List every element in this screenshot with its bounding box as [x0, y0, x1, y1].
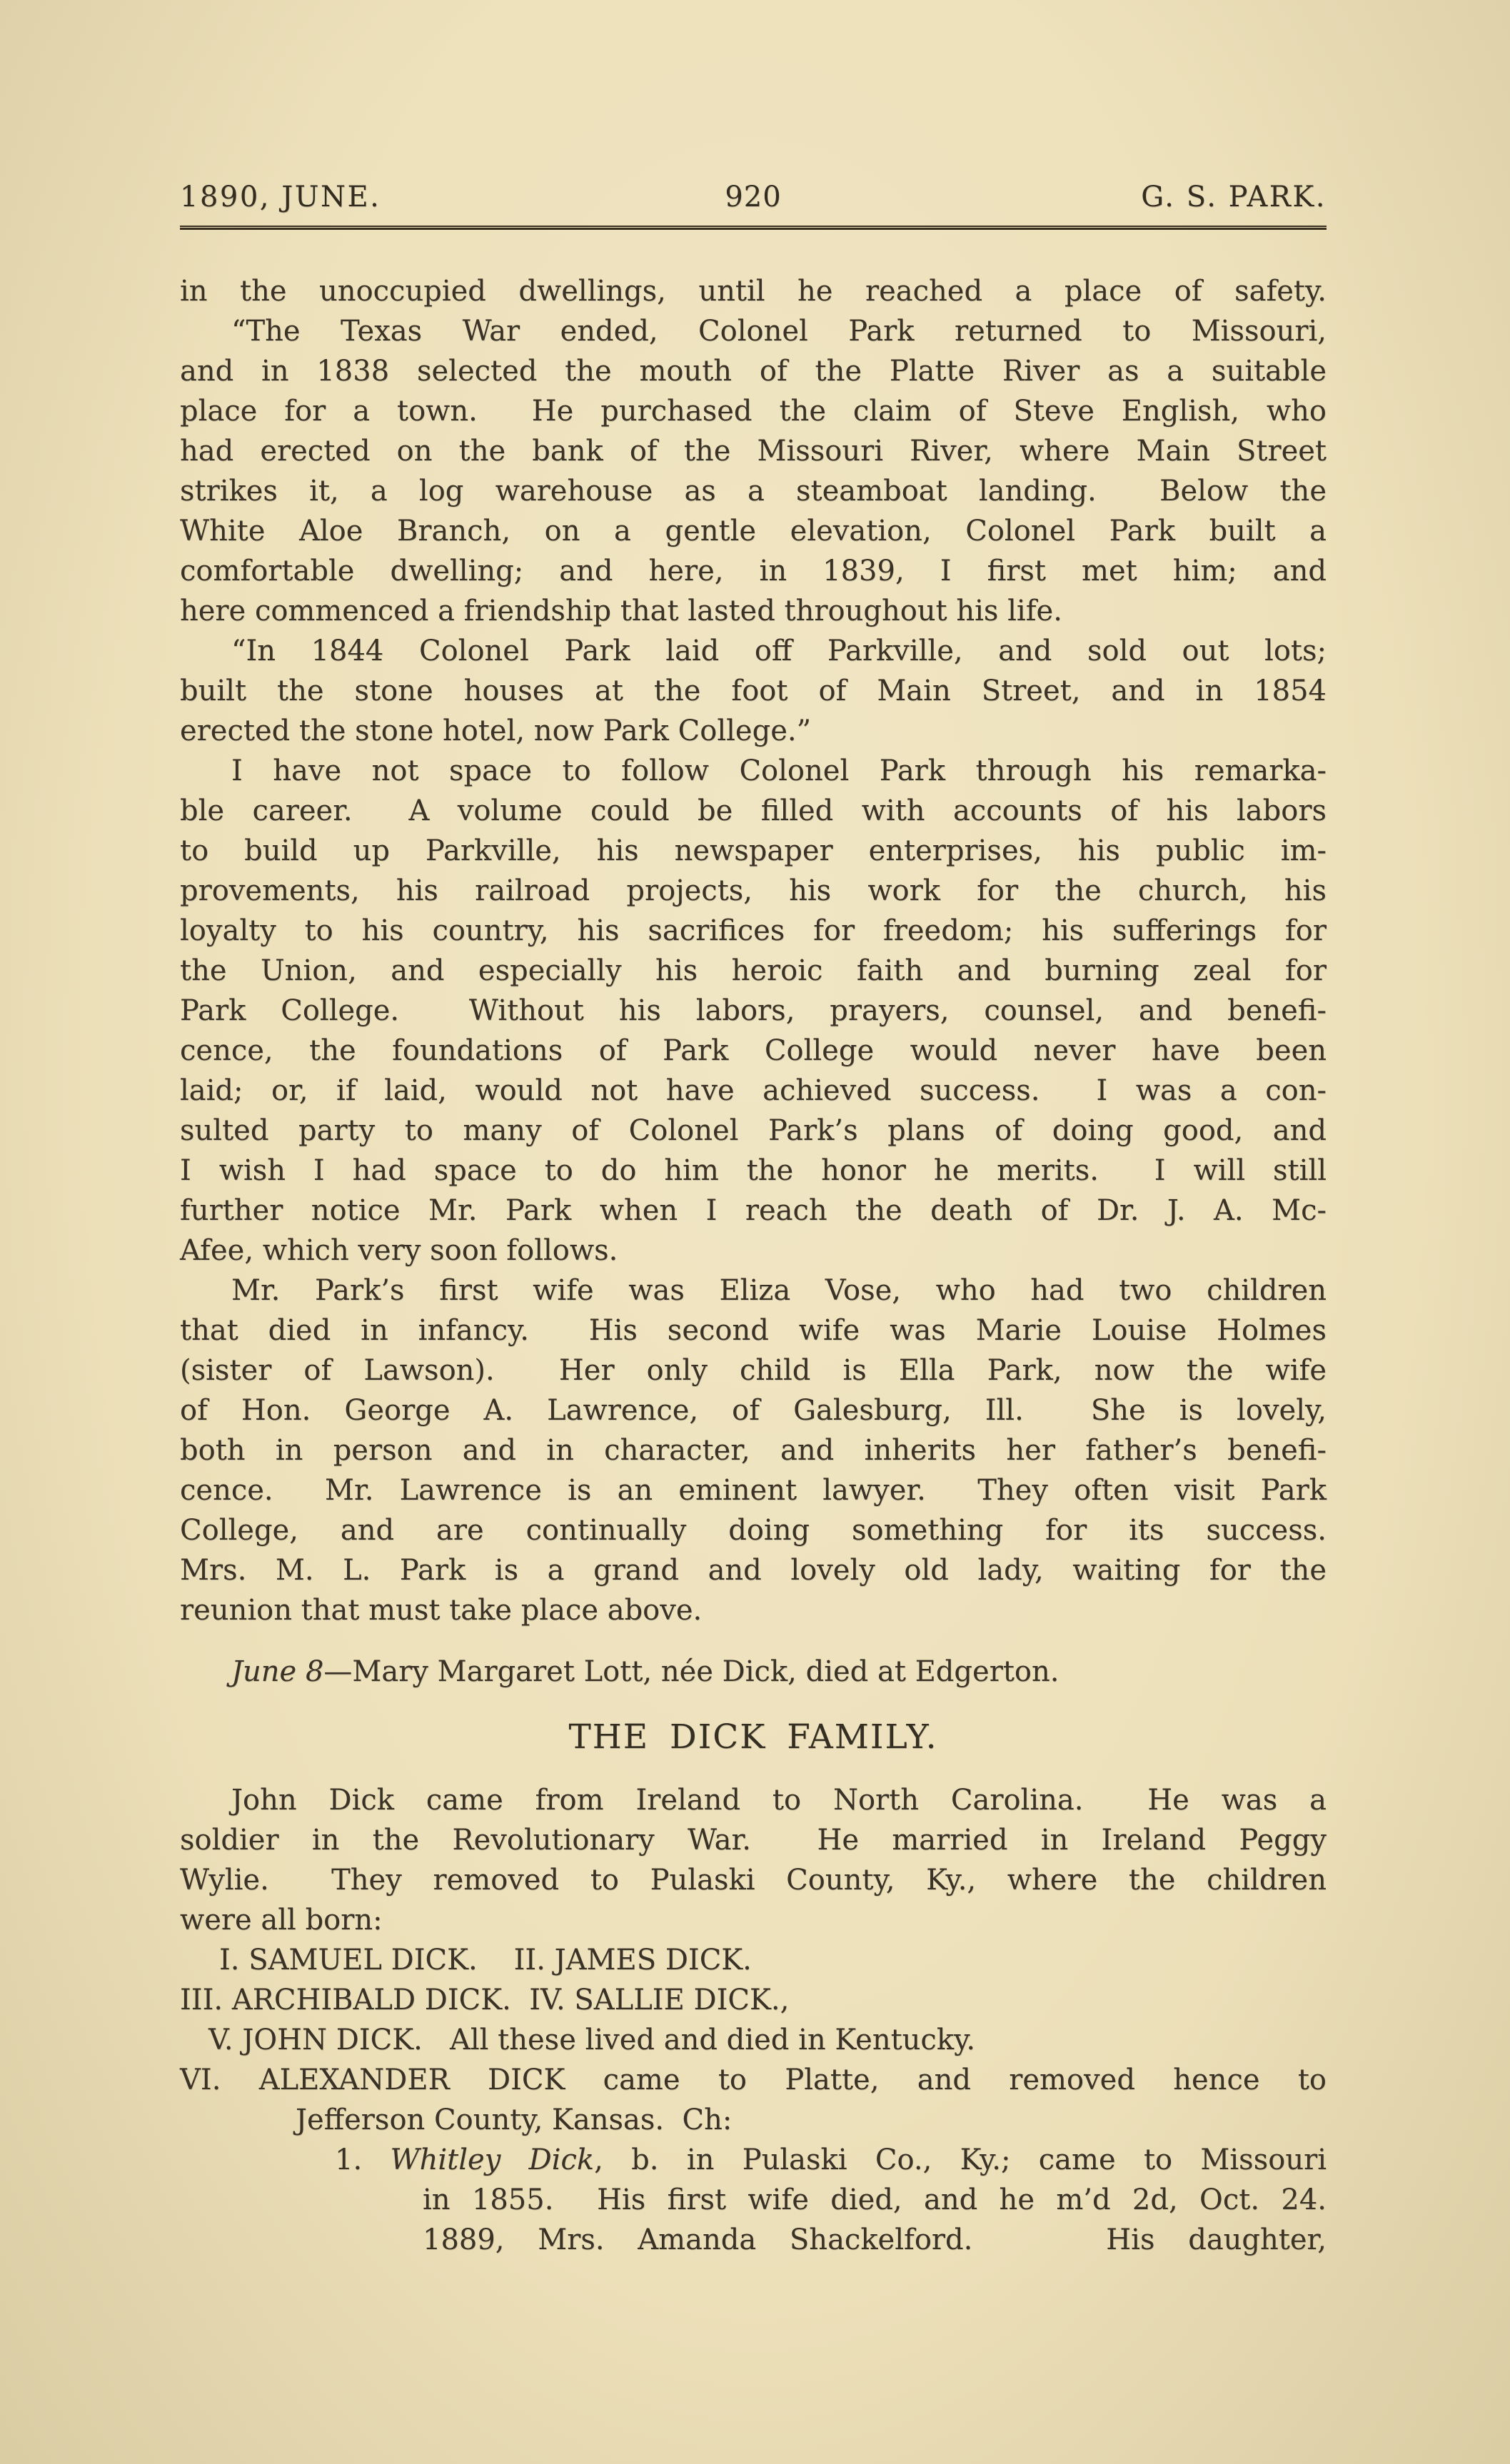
page-number: 920	[725, 178, 781, 216]
text-line: to build up Parkville, his newspaper ent…	[180, 831, 1327, 871]
text-line: College, and are continually doing somet…	[180, 1510, 1327, 1550]
text-line: in the unoccupied dwellings, until he re…	[180, 271, 1327, 311]
text-line: Mrs. M. L. Park is a grand and lovely ol…	[180, 1550, 1327, 1590]
text-line: cence. Mr. Lawrence is an eminent lawyer…	[180, 1470, 1327, 1510]
text-line: built the stone houses at the foot of Ma…	[180, 671, 1327, 711]
list-item: Jefferson County, Kansas. Ch:	[180, 2100, 1327, 2140]
text-line: laid; or, if laid, would not have achiev…	[180, 1071, 1327, 1111]
text-line: “In 1844 Colonel Park laid off Parkville…	[180, 631, 1327, 671]
sub-list-item: 1. Whitley Dick, b. in Pulaski Co., Ky.;…	[180, 2140, 1327, 2180]
text-line: John Dick came from Ireland to North Car…	[180, 1780, 1327, 1820]
text-line: the Union, and especially his heroic fai…	[180, 951, 1327, 991]
sub-item-text: , b. in Pulaski Co., Ky.; came to Missou…	[594, 2144, 1327, 2176]
text-line: I wish I had space to do him the honor h…	[180, 1151, 1327, 1191]
book-page: 1890, JUNE. 920 G. S. PARK. in the unocc…	[0, 0, 1510, 2464]
text-line: of Hon. George A. Lawrence, of Galesburg…	[180, 1390, 1327, 1430]
text-line: that died in infancy. His second wife wa…	[180, 1311, 1327, 1350]
text-line: here commenced a friendship that lasted …	[180, 591, 1327, 631]
section-heading: THE DICK FAMILY.	[180, 1715, 1327, 1760]
text-line: Afee, which very soon follows.	[180, 1231, 1327, 1271]
running-head-date: 1890, JUNE.	[180, 178, 381, 216]
text-line: provements, his railroad projects, his w…	[180, 871, 1327, 911]
text-line: strikes it, a log warehouse as a steambo…	[180, 471, 1327, 511]
text-line: reunion that must take place above.	[180, 1590, 1327, 1630]
sub-item-number: 1.	[335, 2144, 391, 2176]
text-line: further notice Mr. Park when I reach the…	[180, 1191, 1327, 1231]
running-head-title: G. S. PARK.	[1141, 178, 1327, 216]
text-line: “The Texas War ended, Colonel Park retur…	[180, 311, 1327, 351]
text-line: cence, the foundations of Park College w…	[180, 1031, 1327, 1071]
header-rule	[180, 226, 1327, 230]
text-line: were all born:	[180, 1900, 1327, 1940]
spacer	[180, 1630, 1327, 1652]
text-line: both in person and in character, and inh…	[180, 1430, 1327, 1470]
text-line: soldier in the Revolutionary War. He mar…	[180, 1820, 1327, 1860]
list-item: VI. ALEXANDER DICK came to Platte, and r…	[180, 2060, 1327, 2100]
text-line: ble career. A volume could be filled wit…	[180, 791, 1327, 831]
text-line: Park College. Without his labors, prayer…	[180, 991, 1327, 1031]
list-item: I. SAMUEL DICK. II. JAMES DICK.	[180, 1940, 1327, 1980]
text-line: comfortable dwelling; and here, in 1839,…	[180, 551, 1327, 591]
sub-list-item: in 1855. His first wife died, and he m’d…	[180, 2180, 1327, 2220]
obituary-date: June 8	[231, 1655, 323, 1688]
list-item: V. JOHN DICK. All these lived and died i…	[180, 2020, 1327, 2060]
obituary-text: —Mary Margaret Lott, née Dick, died at E…	[323, 1655, 1059, 1688]
text-line: loyalty to his country, his sacrifices f…	[180, 911, 1327, 951]
text-line: I have not space to follow Colonel Park …	[180, 751, 1327, 791]
text-line: and in 1838 selected the mouth of the Pl…	[180, 351, 1327, 391]
list-item: III. ARCHIBALD DICK. IV. SALLIE DICK.,	[180, 1980, 1327, 2020]
sub-item-name: Whitley Dick	[391, 2144, 595, 2176]
text-line: erected the stone hotel, now Park Colleg…	[180, 711, 1327, 751]
sub-list-item: 1889, Mrs. Amanda Shackelford. His daugh…	[180, 2220, 1327, 2260]
text-line: place for a town. He purchased the claim…	[180, 391, 1327, 431]
spacer	[180, 1692, 1327, 1715]
text-line: (sister of Lawson). Her only child is El…	[180, 1350, 1327, 1390]
text-line: had erected on the bank of the Missouri …	[180, 431, 1327, 471]
text-line: White Aloe Branch, on a gentle elevation…	[180, 511, 1327, 551]
body-text: in the unoccupied dwellings, until he re…	[180, 271, 1327, 2260]
obituary-entry: June 8—Mary Margaret Lott, née Dick, die…	[180, 1652, 1327, 1692]
text-line: Mr. Park’s first wife was Eliza Vose, wh…	[180, 1271, 1327, 1311]
text-line: sulted party to many of Colonel Park’s p…	[180, 1111, 1327, 1151]
text-line: Wylie. They removed to Pulaski County, K…	[180, 1860, 1327, 1900]
spacer	[180, 1760, 1327, 1780]
running-header: 1890, JUNE. 920 G. S. PARK.	[180, 178, 1327, 216]
